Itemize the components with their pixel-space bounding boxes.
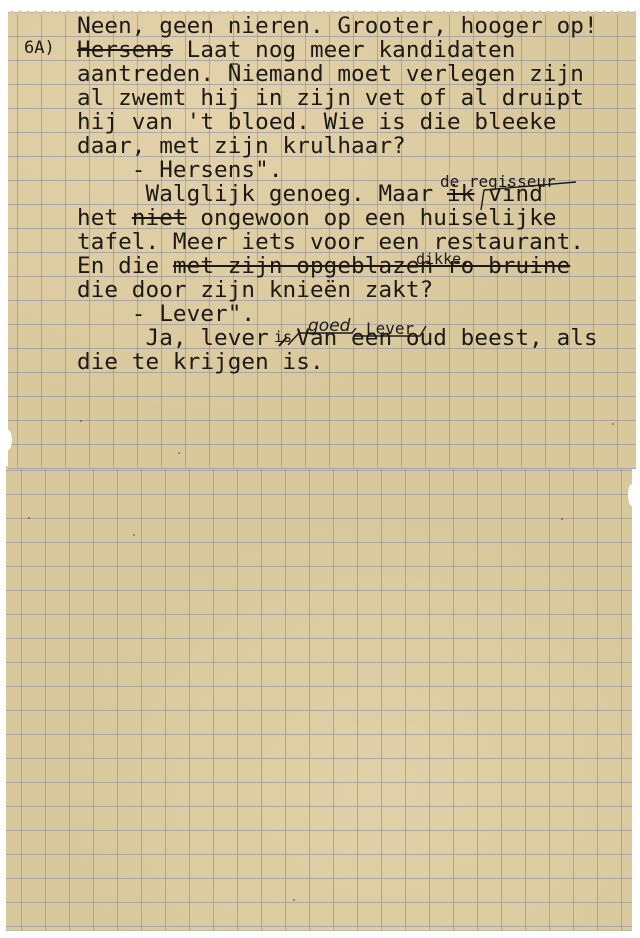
text-segment: al zwemt hij in zijn vet of al druipt xyxy=(77,85,584,111)
text-line-12: die door zijn knieën zakt? xyxy=(77,278,433,302)
paper-speck xyxy=(293,899,295,901)
paper-speck xyxy=(178,452,180,454)
paper-speck xyxy=(28,517,30,519)
paper-speck xyxy=(133,534,135,536)
struck-text: niet xyxy=(132,205,187,231)
text-line-6: daar, met zijn krulhaar? xyxy=(77,134,406,158)
text-segment: ongewoon op een huiselijke xyxy=(187,205,557,231)
text-line-13: - Lever". xyxy=(77,302,255,326)
annotation-is: is xyxy=(274,328,292,346)
text-segment: die door zijn knieën zakt? xyxy=(77,277,433,303)
text-segment: - Hersens". xyxy=(77,157,283,183)
annotation-dikke: dikke, xyxy=(416,250,470,268)
struck-text: Hersens xyxy=(77,37,173,63)
text-segment: het xyxy=(77,205,132,231)
paper-tear-right xyxy=(628,484,636,506)
text-line-10: tafel. Meer iets voor een restaurant. xyxy=(77,230,584,254)
text-line-15: die te krijgen is. xyxy=(77,350,324,374)
paper-tear-left xyxy=(4,430,12,450)
text-segment: En die xyxy=(77,253,173,279)
text-line-2: Hersens Laat nog meer kandidaten xyxy=(77,38,516,62)
text-segment: die te krijgen is. xyxy=(77,349,324,375)
text-segment: hij van 't bloed. Wie is die bleeke xyxy=(77,109,557,135)
text-segment: - Lever". xyxy=(77,301,255,327)
typed-text-block: Neen, geen nieren. Grooter, hooger op! H… xyxy=(0,0,27,384)
text-line-3: aantreden. Niemand moet verlegen zijn xyxy=(77,62,584,86)
handwritten-goed: goed xyxy=(308,316,350,336)
annotation-de: de regisseur xyxy=(440,172,556,191)
struck-text: met zijn opgeblazen ro bruine xyxy=(173,253,570,279)
text-segment: Neen, geen nieren. Grooter, hooger op! xyxy=(77,13,598,39)
text-line-5: hij van 't bloed. Wie is die bleeke xyxy=(77,110,557,134)
page-marker: 6A) xyxy=(24,38,55,58)
text-line-4: al zwemt hij in zijn vet of al druipt xyxy=(77,86,584,110)
paper-speck xyxy=(80,420,82,422)
text-segment: Walglijk genoeg. Maar xyxy=(77,181,447,207)
text-segment: aantreden. Niemand moet verlegen zijn xyxy=(77,61,584,87)
text-line-7: - Hersens". xyxy=(77,158,283,182)
text-line-1: Neen, geen nieren. Grooter, hooger op! xyxy=(77,14,598,38)
text-segment: tafel. Meer iets voor een restaurant. xyxy=(77,229,584,255)
text-line-9: het niet ongewoon op een huiselijke xyxy=(77,206,557,230)
paper-speck xyxy=(561,518,563,520)
text-line-11: En die met zijn opgeblazen ro bruine xyxy=(77,254,570,278)
annotation-lever: Lever xyxy=(366,319,414,338)
paper-speck xyxy=(612,423,614,425)
text-segment: Laat nog meer kandidaten xyxy=(173,37,516,63)
graph-paper-lower-sheet xyxy=(6,466,632,930)
text-segment: daar, met zijn krulhaar? xyxy=(77,133,406,159)
